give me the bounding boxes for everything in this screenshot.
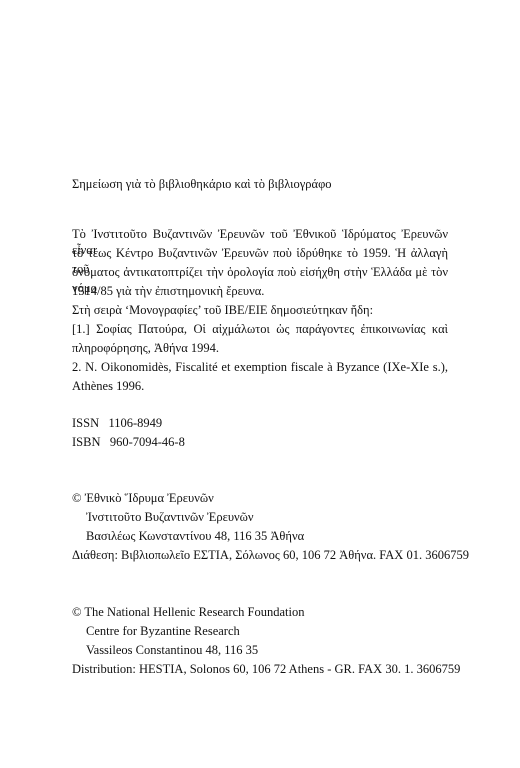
note-heading: Σημείωση γιὰ τὸ βιβλιοθηκάριο καὶ τὸ βιβ… [72, 176, 332, 192]
copyright-english-line3: Vassileos Constantinou 48, 116 35 [86, 642, 258, 658]
copyright-english-line4: Distribution: HESTIA, Solonos 60, 106 72… [72, 661, 460, 677]
issn-value: 1106-8949 [108, 416, 162, 430]
isbn-row: ISBN 960-7094-46-8 [72, 434, 185, 450]
copyright-greek-line2: Ἰνστιτοῦτο Βυζαντινῶν Ἐρευνῶν [86, 509, 254, 525]
copyright-english-line2: Centre for Byzantine Research [86, 623, 240, 639]
series-item-1-line1: [1.] Σοφίας Πατούρα, Οἱ αἰχμάλωτοι ὡς πα… [72, 321, 448, 337]
isbn-label: ISBN [72, 435, 100, 449]
copyright-greek-line1: © Ἐθνικὸ Ἵδρυμα Ἐρευνῶν [72, 490, 214, 506]
copyright-greek-line3: Βασιλέως Κωνσταντίνου 48, 116 35 Ἀθήνα [86, 528, 304, 544]
series-item-1-line2: πληροφόρησης, Ἀθήνα 1994. [72, 340, 219, 356]
issn-label: ISSN [72, 416, 99, 430]
series-intro: Στὴ σειρὰ ‘Μονογραφίες’ τοῦ ΙΒΕ/ΕΙΕ δημο… [72, 302, 373, 318]
issn-row: ISSN 1106-8949 [72, 415, 162, 431]
isbn-value: 960-7094-46-8 [110, 435, 185, 449]
series-item-2-line2: Athènes 1996. [72, 378, 144, 394]
copyright-greek-line4: Διάθεση: Βιβλιοπωλεῖο ΕΣΤΙΑ, Σόλωνος 60,… [72, 547, 469, 563]
intro-line: 1514/85 γιὰ τὴν ἐπιστημονικὴ ἔρευνα. [72, 283, 264, 299]
copyright-page: Σημείωση γιὰ τὸ βιβλιοθηκάριο καὶ τὸ βιβ… [0, 0, 520, 768]
series-item-2-line1: 2. N. Oikonomidès, Fiscalité et exemptio… [72, 359, 448, 375]
copyright-english-line1: © The National Hellenic Research Foundat… [72, 604, 304, 620]
